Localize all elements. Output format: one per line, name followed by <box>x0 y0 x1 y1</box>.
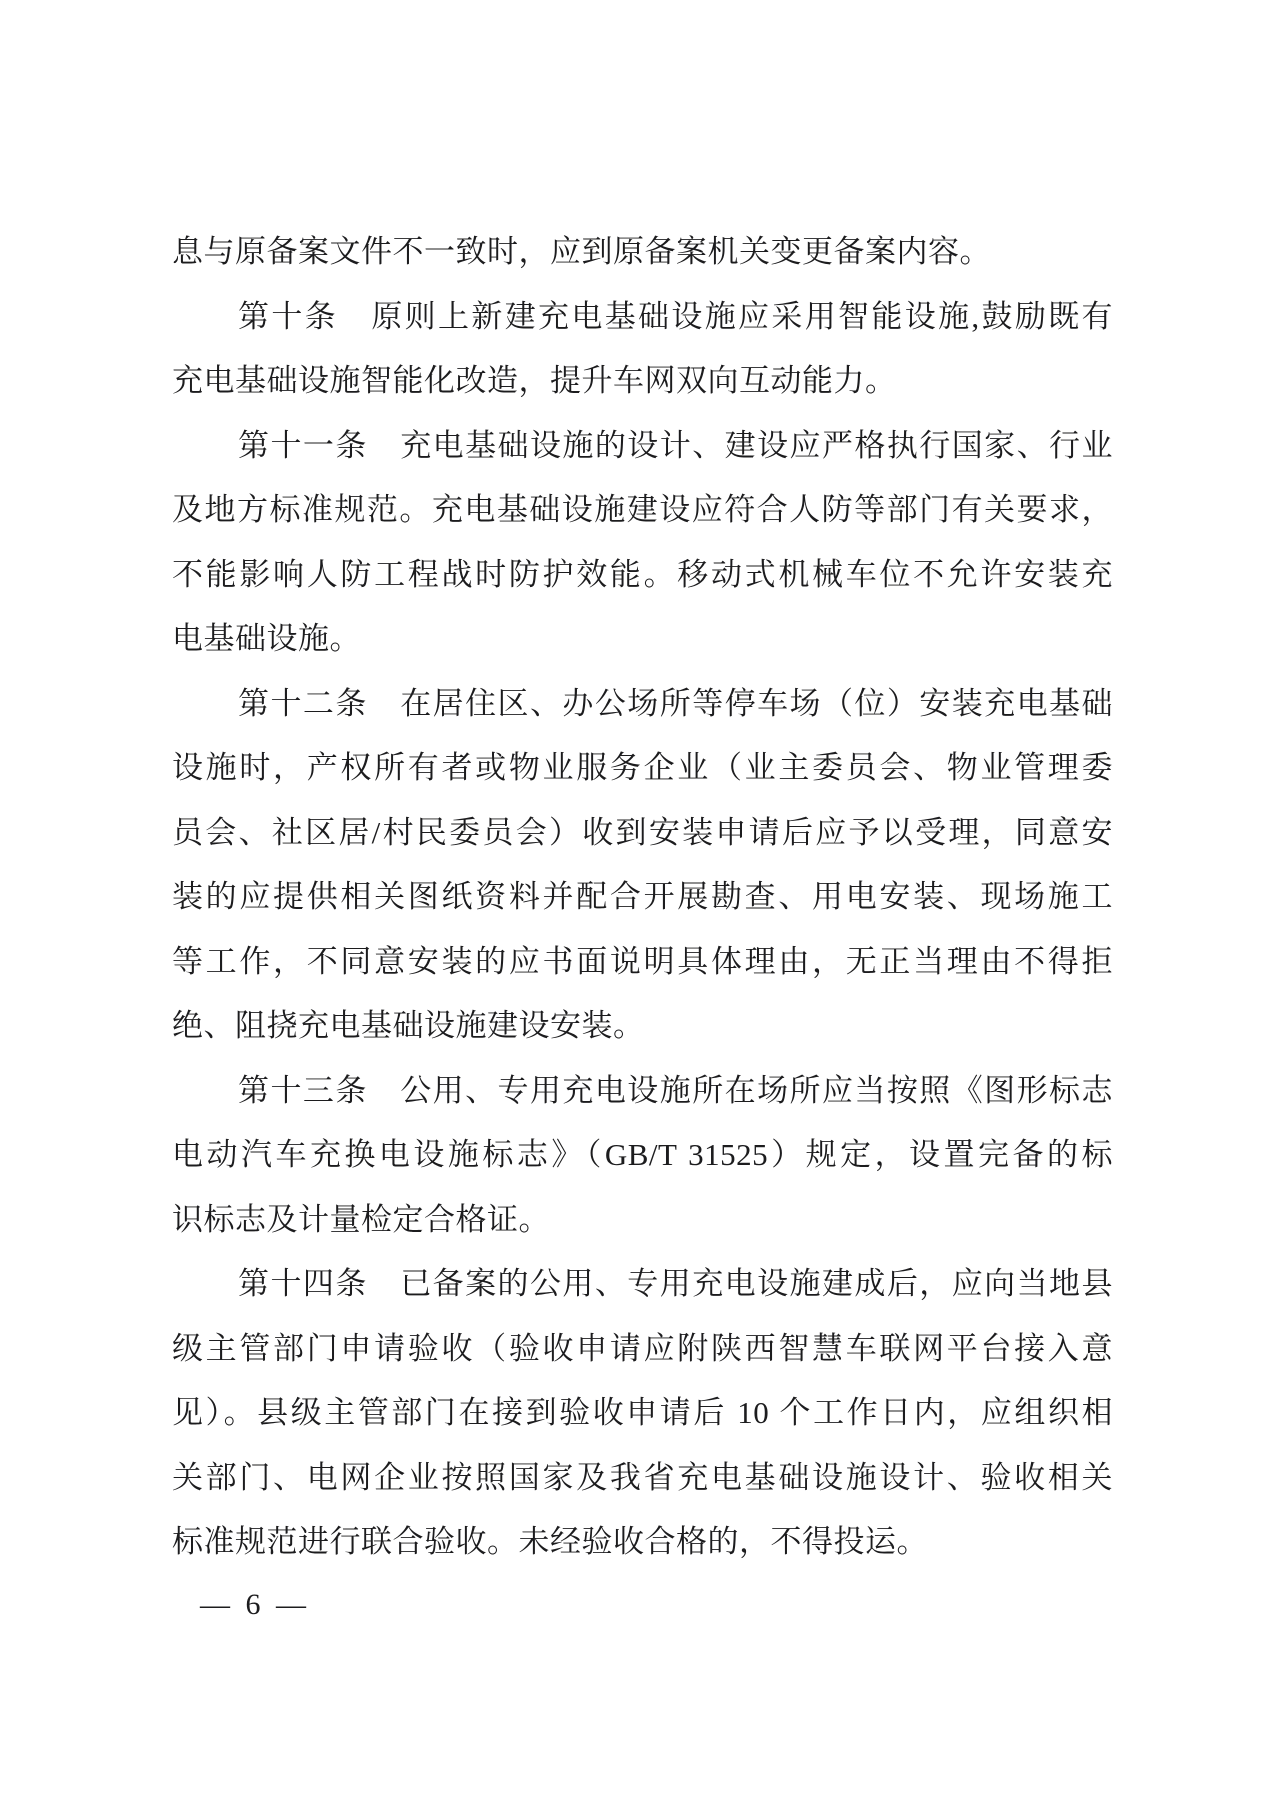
document-page: 息与原备案文件不一致时，应到原备案机关变更备案内容。第十条 原则上新建充电基础设… <box>0 0 1280 1809</box>
text-line: 第十一条 充电基础设施的设计、建设应严格执行国家、行业 <box>172 414 1113 479</box>
text-line: 第十三条 公用、专用充电设施所在场所应当按照《图形标志 <box>172 1059 1113 1124</box>
text-line: 装的应提供相关图纸资料并配合开展勘查、用电安装、现场施工 <box>172 865 1113 930</box>
text-line: 息与原备案文件不一致时，应到原备案机关变更备案内容。 <box>172 220 1113 285</box>
text-line: 电动汽车充换电设施标志》（GB/T 31525）规定，设置完备的标 <box>172 1123 1113 1188</box>
text-line: 员会、社区居/村民委员会）收到安装申请后应予以受理，同意安 <box>172 801 1113 866</box>
text-line: 标准规范进行联合验收。未经验收合格的，不得投运。 <box>172 1510 1113 1575</box>
text-line: 及地方标准规范。充电基础设施建设应符合人防等部门有关要求， <box>172 478 1113 543</box>
text-line: 见）。县级主管部门在接到验收申请后 10 个工作日内，应组织相 <box>172 1381 1113 1446</box>
page-number: — 6 — <box>200 1585 310 1625</box>
text-line: 设施时，产权所有者或物业服务企业（业主委员会、物业管理委 <box>172 736 1113 801</box>
text-line: 识标志及计量检定合格证。 <box>172 1188 1113 1253</box>
text-line: 第十条 原则上新建充电基础设施应采用智能设施,鼓励既有 <box>172 285 1113 350</box>
text-line: 电基础设施。 <box>172 607 1113 672</box>
text-line: 关部门、电网企业按照国家及我省充电基础设施设计、验收相关 <box>172 1446 1113 1511</box>
text-line: 等工作，不同意安装的应书面说明具体理由，无正当理由不得拒 <box>172 930 1113 995</box>
text-line: 充电基础设施智能化改造，提升车网双向互动能力。 <box>172 349 1113 414</box>
text-line: 第十二条 在居住区、办公场所等停车场（位）安装充电基础 <box>172 672 1113 737</box>
text-line: 第十四条 已备案的公用、专用充电设施建成后，应向当地县 <box>172 1252 1113 1317</box>
text-line: 不能影响人防工程战时防护效能。移动式机械车位不允许安装充 <box>172 543 1113 608</box>
text-line: 绝、阻挠充电基础设施建设安装。 <box>172 994 1113 1059</box>
document-body: 息与原备案文件不一致时，应到原备案机关变更备案内容。第十条 原则上新建充电基础设… <box>172 220 1113 1575</box>
text-line: 级主管部门申请验收（验收申请应附陕西智慧车联网平台接入意 <box>172 1317 1113 1382</box>
